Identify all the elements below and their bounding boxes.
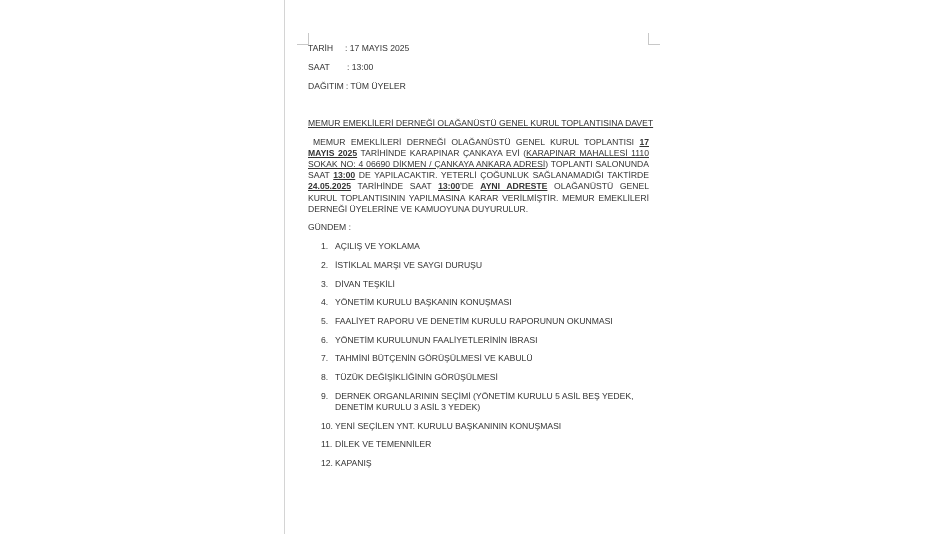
- agenda-item-text: FAALİYET RAPORU VE DENETİM KURULU RAPORU…: [335, 316, 641, 327]
- agenda-item: 4.YÖNETİM KURULU BAŞKANIN KONUŞMASI: [321, 297, 641, 308]
- text-run: 'DE: [460, 181, 480, 191]
- date-row: TARİH: 17 MAYIS 2025: [308, 43, 409, 54]
- agenda-item: 10.YENİ SEÇİLEN YNT. KURULU BAŞKANININ K…: [321, 421, 641, 432]
- agenda-item-number: 1.: [321, 241, 328, 252]
- agenda-item-number: 12.: [321, 458, 333, 469]
- fallback-date: 24.05.2025: [308, 181, 351, 191]
- agenda-item: 3.DİVAN TEŞKİLİ: [321, 279, 641, 290]
- agenda-item-number: 10.: [321, 421, 333, 432]
- document-title: MEMUR EMEKLİLERİ DERNEĞİ OLAĞANÜSTÜ GENE…: [308, 118, 649, 129]
- agenda-item-number: 6.: [321, 335, 328, 346]
- agenda-item: 11.DİLEK VE TEMENNİLER: [321, 439, 641, 450]
- agenda-item-text: DİVAN TEŞKİLİ: [335, 279, 641, 290]
- agenda-item: 6.YÖNETİM KURULUNUN FAALİYETLERİNİN İBRA…: [321, 335, 641, 346]
- agenda-item-text: AÇILIŞ VE YOKLAMA: [335, 241, 641, 252]
- time-label: SAAT: [308, 62, 347, 73]
- time-value: : 13:00: [347, 62, 373, 72]
- agenda-item-number: 3.: [321, 279, 328, 290]
- agenda-item: 2.İSTİKLAL MARŞI VE SAYGI DURUŞU: [321, 260, 641, 271]
- agenda-item-text: DİLEK VE TEMENNİLER: [335, 439, 641, 450]
- text-run: TARİHİNDE SAAT: [351, 181, 438, 191]
- invitation-paragraph: MEMUR EMEKLİLERİ DERNEĞİ OLAĞANÜSTÜ GENE…: [308, 137, 649, 215]
- agenda-item: 9.DERNEK ORGANLARININ SEÇİMİ (YÖNETİM KU…: [321, 391, 641, 413]
- agenda-item-text: DERNEK ORGANLARININ SEÇİMİ (YÖNETİM KURU…: [335, 391, 641, 413]
- text-run: MEMUR EMEKLİLERİ DERNEĞİ OLAĞANÜSTÜ GENE…: [313, 137, 639, 147]
- time-row: SAAT: 13:00: [308, 62, 373, 73]
- agenda-item-text: İSTİKLAL MARŞI VE SAYGI DURUŞU: [335, 260, 641, 271]
- margin-corner-mark-right: [648, 33, 660, 45]
- agenda-item-number: 5.: [321, 316, 328, 327]
- agenda-item-text: YÖNETİM KURULU BAŞKANIN KONUŞMASI: [335, 297, 641, 308]
- agenda-item: 7.TAHMİNİ BÜTÇENİN GÖRÜŞÜLMESİ VE KABULÜ: [321, 353, 641, 364]
- agenda-item-number: 8.: [321, 372, 328, 383]
- agenda-item-number: 11.: [321, 439, 332, 450]
- agenda-item-text: KAPANIŞ: [335, 458, 641, 469]
- distribution-row: DAĞITIM: TÜM ÜYELER: [308, 81, 406, 92]
- fallback-time: 13:00: [438, 181, 460, 191]
- page-left-edge: [284, 0, 285, 534]
- meeting-time: 13:00: [333, 170, 355, 180]
- distribution-label: DAĞITIM: [308, 81, 344, 92]
- date-label: TARİH: [308, 43, 345, 54]
- agenda-item-text: YENİ SEÇİLEN YNT. KURULU BAŞKANININ KONU…: [335, 421, 641, 432]
- agenda-item: 5.FAALİYET RAPORU VE DENETİM KURULU RAPO…: [321, 316, 641, 327]
- date-value: : 17 MAYIS 2025: [345, 43, 409, 53]
- agenda-item-text: YÖNETİM KURULUNUN FAALİYETLERİNİN İBRASI: [335, 335, 641, 346]
- distribution-value: : TÜM ÜYELER: [346, 81, 406, 91]
- text-run: TARİHİNDE KARAPINAR ÇANKAYA EVİ (: [357, 148, 526, 158]
- agenda-item-number: 2.: [321, 260, 328, 271]
- agenda-item-number: 7.: [321, 353, 328, 364]
- agenda-item-text: TÜZÜK DEĞİŞİKLİĞİNİN GÖRÜŞÜLMESİ: [335, 372, 641, 383]
- agenda-item-number: 4.: [321, 297, 328, 308]
- same-address: AYNI ADRESTE: [480, 181, 547, 191]
- agenda-item-text: TAHMİNİ BÜTÇENİN GÖRÜŞÜLMESİ VE KABULÜ: [335, 353, 641, 364]
- text-run: DE YAPILACAKTIR. YETERLİ ÇOĞUNLUK SAĞLAN…: [355, 170, 649, 180]
- agenda-heading: GÜNDEM :: [308, 222, 351, 233]
- agenda-item-number: 9.: [321, 391, 328, 402]
- agenda-item: 12.KAPANIŞ: [321, 458, 641, 469]
- agenda-item: 1.AÇILIŞ VE YOKLAMA: [321, 241, 641, 252]
- agenda-item: 8.TÜZÜK DEĞİŞİKLİĞİNİN GÖRÜŞÜLMESİ: [321, 372, 641, 383]
